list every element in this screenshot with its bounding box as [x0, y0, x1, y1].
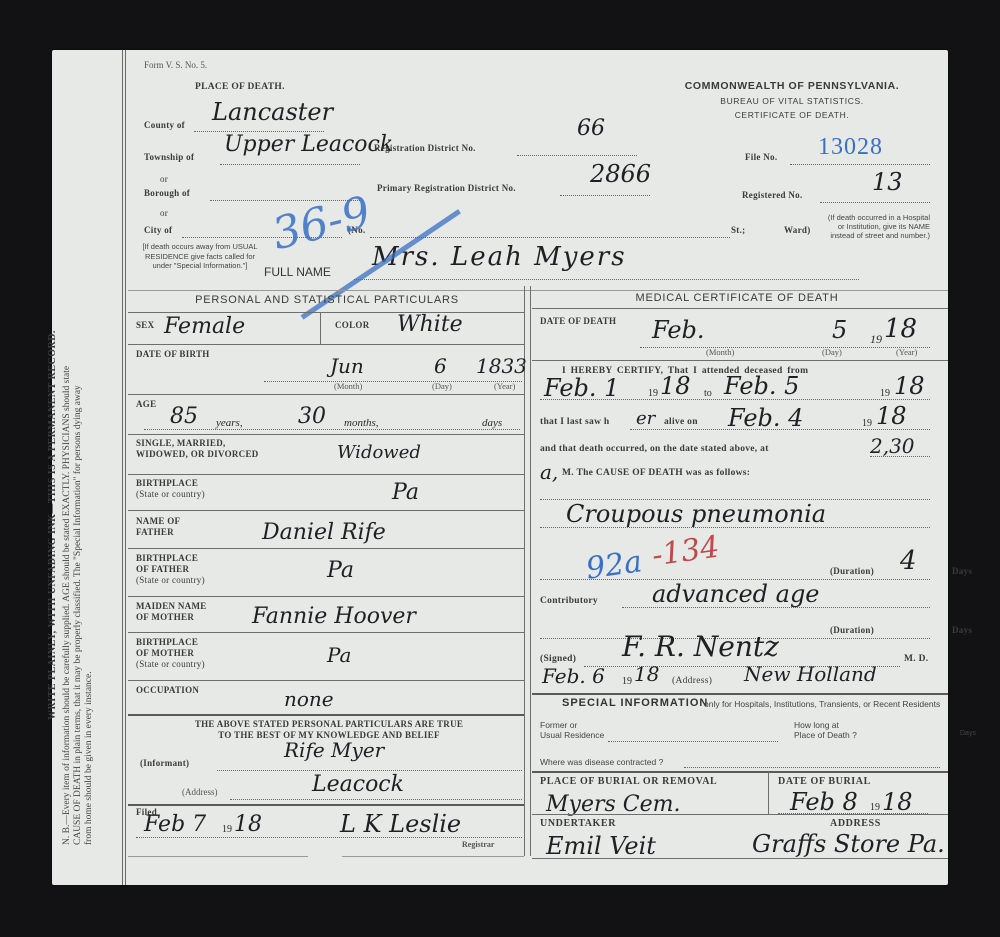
or-separator: or: [160, 208, 168, 218]
attended-to-year-prefix: 19: [880, 388, 890, 399]
agency-line-3: CERTIFICATE OF DEATH.: [672, 110, 912, 120]
margin-note-line: CAUSE OF DEATH in plain terms, that it m…: [73, 205, 84, 845]
month-caption: (Month): [334, 381, 362, 391]
blue-pencil-annotation: 36-9: [267, 187, 375, 260]
primary-district-label: Primary Registration District No.: [377, 183, 516, 193]
registered-no-value: 13: [872, 168, 903, 196]
filed-year-prefix: 19: [222, 824, 232, 835]
state-caption: (State or country): [136, 575, 205, 586]
attended-from-date: Feb. 1: [544, 374, 619, 402]
registration-district-value: 66: [577, 116, 605, 141]
dob-day: 6: [434, 354, 447, 378]
am-pm-value: a,: [540, 460, 558, 484]
physician-address-value: New Holland: [744, 662, 877, 686]
signed-year: 18: [634, 662, 659, 686]
father-value: Daniel Rife: [262, 520, 386, 545]
occurred-text: and that death occurred, on the date sta…: [540, 444, 769, 454]
days-caption: days: [482, 417, 502, 429]
days-label: Days: [952, 625, 972, 635]
informant-address-value: Leacock: [312, 772, 404, 797]
duration-label: (Duration): [830, 625, 874, 635]
years-caption: years,: [216, 417, 243, 429]
township-value: Upper Leacock: [224, 132, 393, 157]
color-value: White: [397, 312, 463, 337]
father-label: NAME OF FATHER: [136, 516, 180, 538]
borough-label: Borough of: [144, 188, 190, 198]
county-label: County of: [144, 120, 185, 130]
contributory-value: advanced age: [652, 580, 820, 608]
physician-address-label: (Address): [672, 676, 712, 686]
agency-header: COMMONWEALTH OF PENNSYLVANIA. BUREAU OF …: [672, 80, 912, 120]
occupation-label: OCCUPATION: [136, 685, 199, 695]
mother-label: MAIDEN NAME OF MOTHER: [136, 601, 207, 623]
informant-label: (Informant): [140, 758, 189, 768]
usual-residence-note: [If death occurs away from USUAL RESIDEN…: [140, 242, 260, 271]
duration-label: (Duration): [830, 566, 874, 576]
birthplace-label: BIRTHPLACE (State or country): [136, 478, 205, 500]
marital-label-line: SINGLE, MARRIED,: [136, 438, 259, 449]
dob-year: 1833: [476, 354, 527, 378]
margin-note-title: WRITE PLAINLY, WITH UNFADING INK—THIS IS…: [47, 205, 58, 845]
county-value: Lancaster: [212, 98, 333, 126]
agency-line-1: COMMONWEALTH OF PENNSYLVANIA.: [672, 80, 912, 92]
mother-birthplace-label: BIRTHPLACE OF MOTHER (State or country): [136, 637, 205, 670]
date-of-death-label: DATE OF DEATH: [540, 316, 616, 326]
date-of-death-year: 18: [884, 314, 917, 344]
former-residence-label: Former or Usual Residence: [540, 720, 604, 740]
undertaker-label: UNDERTAKER: [540, 818, 616, 829]
age-years: 85: [170, 404, 198, 429]
burial-place-label: PLACE OF BURIAL OR REMOVAL: [540, 776, 717, 787]
physician-signature: F. R. Nentz: [622, 630, 779, 663]
registrar-label: Registrar: [462, 840, 494, 849]
contributory-label: Contributory: [540, 596, 598, 606]
last-saw-year-prefix: 19: [862, 418, 872, 429]
date-of-death-month: Feb.: [652, 316, 705, 344]
month-caption: (Month): [706, 347, 734, 357]
age-months: 30: [298, 404, 326, 429]
marital-label: SINGLE, MARRIED, WIDOWED, OR DIVORCED: [136, 438, 259, 460]
days-label: Days: [952, 566, 972, 576]
year-caption: (Year): [494, 381, 515, 391]
undertaker-address-value: Graffs Store Pa.: [752, 830, 945, 858]
attended-from-year: 18: [660, 372, 691, 400]
ward-label: Ward): [784, 225, 811, 235]
filed-date: Feb 7: [144, 812, 206, 837]
file-no-label: File No.: [745, 152, 777, 162]
burial-year-prefix: 19: [870, 802, 880, 813]
cause-text: M. The CAUSE OF DEATH was as follows:: [562, 468, 750, 478]
birthplace-value: Pa: [392, 480, 419, 505]
full-name-label: FULL NAME: [264, 265, 331, 279]
father-birthplace-value: Pa: [327, 558, 354, 583]
mother-label-line: OF MOTHER: [136, 612, 207, 623]
hospital-note: (If death occurred in a Hospital or Inst…: [820, 213, 930, 240]
undertaker-address-label: ADDRESS: [830, 818, 881, 829]
special-info-note: only for Hospitals, Institutions, Transi…: [704, 699, 944, 709]
signed-year-prefix: 19: [622, 676, 632, 687]
how-long-label: How long at Place of Death ?: [794, 720, 857, 740]
attended-to-year: 18: [894, 372, 925, 400]
mother-birthplace-label-line: BIRTHPLACE: [136, 637, 205, 648]
informant-address-label: (Address): [182, 787, 218, 797]
margin-instructions: WRITE PLAINLY, WITH UNFADING INK—THIS IS…: [47, 205, 117, 845]
filed-year: 18: [234, 812, 262, 837]
color-label: COLOR: [335, 320, 370, 330]
state-caption: (State or country): [136, 659, 205, 670]
former-residence-label-line: Former or: [540, 720, 604, 730]
medical-heading: MEDICAL CERTIFICATE OF DEATH: [532, 292, 942, 304]
margin-rule: [122, 50, 126, 885]
last-saw-pronoun: er: [636, 408, 655, 429]
father-birthplace-label-line: OF FATHER: [136, 564, 205, 575]
last-saw-label: that I last saw h: [540, 417, 610, 427]
md-label: M. D.: [904, 654, 928, 664]
father-label-line: NAME OF: [136, 516, 180, 527]
alive-on-label: alive on: [664, 417, 698, 427]
city-label: City of: [144, 225, 172, 235]
form-number: Form V. S. No. 5.: [144, 60, 207, 70]
last-saw-date: Feb. 4: [728, 404, 803, 432]
place-of-death-heading: PLACE OF DEATH.: [195, 82, 285, 92]
registered-no-label: Registered No.: [742, 190, 803, 200]
agency-line-2: BUREAU OF VITAL STATISTICS.: [672, 96, 912, 106]
special-days-label: Days: [960, 730, 976, 737]
dob-label: DATE OF BIRTH: [136, 349, 210, 359]
burial-year: 18: [882, 788, 913, 816]
registrar-signature: L K Leslie: [340, 810, 461, 838]
registration-district-label: Registration District No.: [374, 143, 476, 153]
age-label: AGE: [136, 399, 156, 409]
disease-contracted-label: Where was disease contracted ?: [540, 757, 663, 767]
township-label: Township of: [144, 152, 194, 162]
cause-of-death-value: Croupous pneumonia: [566, 500, 826, 528]
how-long-label-line: How long at: [794, 720, 857, 730]
signed-date: Feb. 6: [542, 664, 605, 688]
day-caption: (Day): [432, 381, 452, 391]
undertaker-value: Emil Veit: [546, 832, 656, 860]
duration-value: 4: [900, 546, 917, 576]
date-of-death-day: 5: [832, 316, 847, 344]
informant-value: Rife Myer: [284, 738, 384, 762]
former-residence-label-line: Usual Residence: [540, 730, 604, 740]
attended-to-date: Feb. 5: [724, 372, 799, 400]
year-caption: (Year): [896, 347, 917, 357]
birthplace-label-line: BIRTHPLACE: [136, 478, 205, 489]
mother-value: Fannie Hoover: [252, 604, 416, 629]
sex-label: SEX: [136, 320, 154, 330]
classification-code-blue: 92a: [584, 544, 644, 586]
burial-date-value: Feb 8: [790, 788, 858, 816]
mother-birthplace-value: Pa: [327, 643, 351, 667]
marital-label-line: WIDOWED, OR DIVORCED: [136, 449, 259, 460]
father-birthplace-label: BIRTHPLACE OF FATHER (State or country): [136, 553, 205, 586]
date-of-death-year-prefix: 19: [870, 332, 882, 347]
months-caption: months,: [344, 417, 379, 429]
signed-label: (Signed): [540, 654, 576, 664]
mother-birthplace-label-line: OF MOTHER: [136, 648, 205, 659]
primary-district-value: 2866: [590, 160, 651, 188]
day-caption: (Day): [822, 347, 842, 357]
margin-note-line: from home should be given in every insta…: [84, 205, 95, 845]
to-label: to: [704, 388, 712, 399]
file-no-value: 13028: [818, 134, 883, 161]
how-long-label-line: Place of Death ?: [794, 730, 857, 740]
father-label-line: FATHER: [136, 527, 180, 538]
dob-month: Jun: [330, 354, 364, 378]
mother-label-line: MAIDEN NAME: [136, 601, 207, 612]
attestation-line: THE ABOVE STATED PERSONAL PARTICULARS AR…: [136, 719, 522, 730]
last-saw-year: 18: [876, 402, 907, 430]
or-separator: or: [160, 174, 168, 184]
occupation-value: none: [284, 687, 334, 711]
time-of-death: 2,30: [870, 434, 915, 458]
death-certificate: WRITE PLAINLY, WITH UNFADING INK—THIS IS…: [52, 50, 948, 885]
street-label: St.;: [731, 225, 745, 235]
margin-note-line: N. B.—Every item of information should b…: [62, 205, 73, 845]
burial-date-label: DATE OF BURIAL: [778, 776, 871, 787]
sex-value: Female: [164, 314, 245, 339]
marital-value: Widowed: [337, 442, 421, 463]
special-info-heading: SPECIAL INFORMATION: [562, 697, 708, 709]
classification-code-red: -134: [650, 529, 722, 573]
personal-heading: PERSONAL AND STATISTICAL PARTICULARS: [128, 294, 526, 306]
father-birthplace-label-line: BIRTHPLACE: [136, 553, 205, 564]
state-caption: (State or country): [136, 489, 205, 500]
attended-from-year-prefix: 19: [648, 388, 658, 399]
